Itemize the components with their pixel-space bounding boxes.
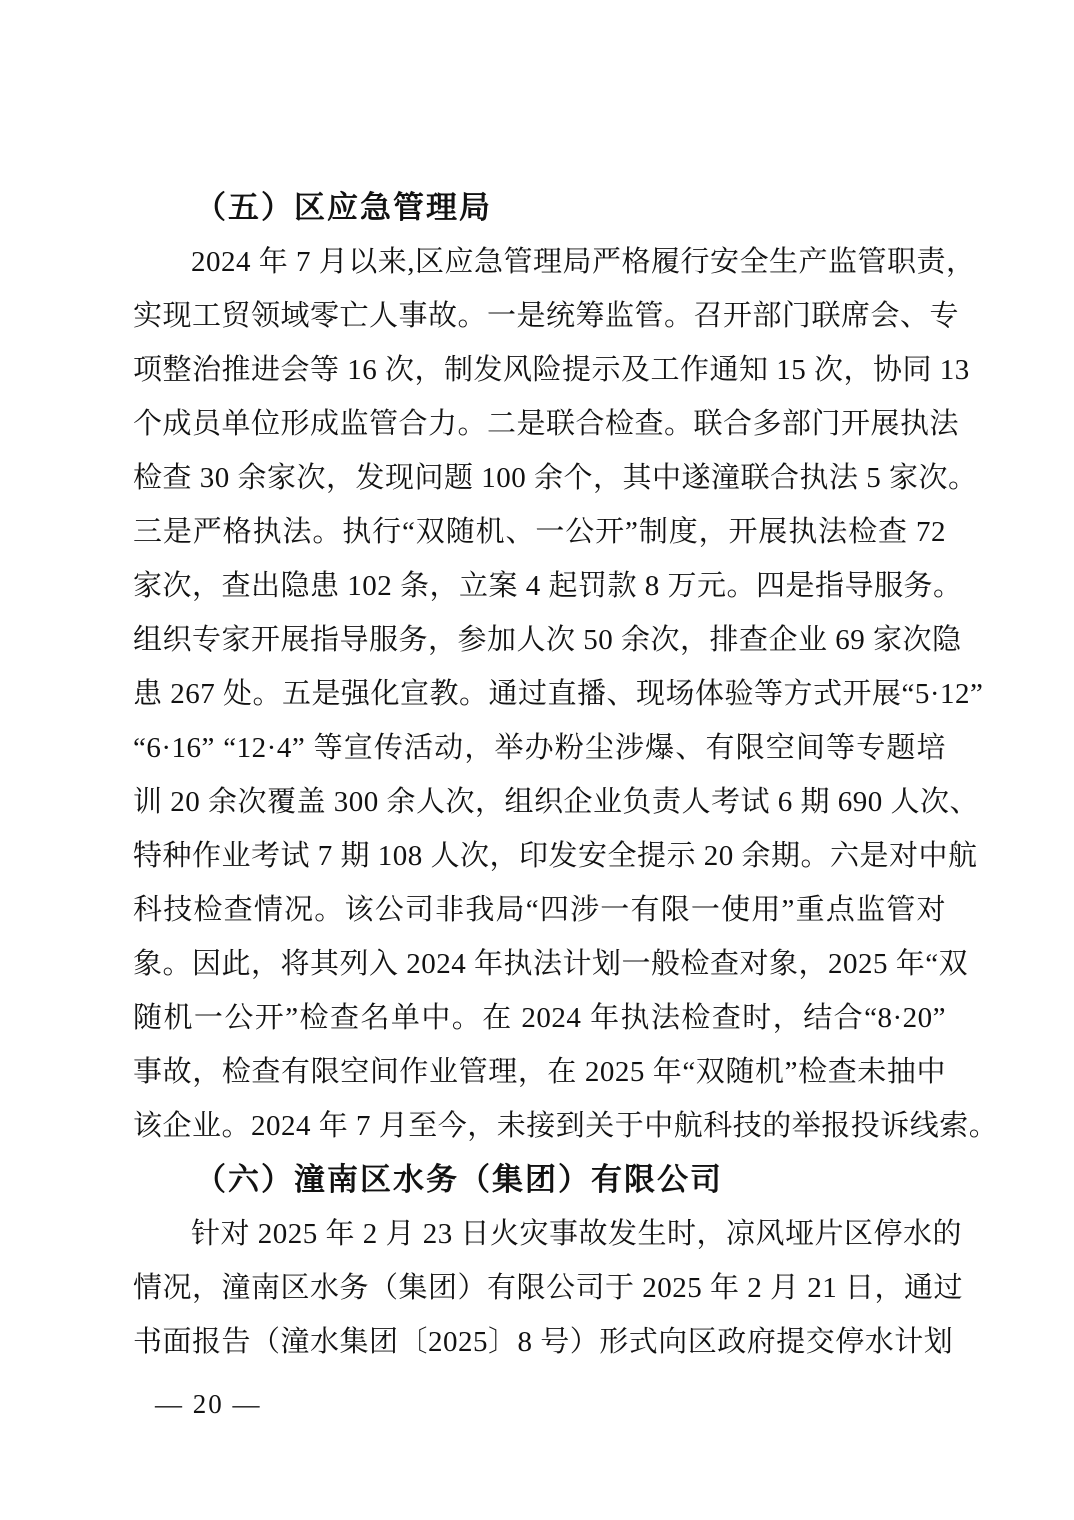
- text-line: 书面报告（潼水集团〔2025〕8 号）形式向区政府提交停水计划: [133, 1315, 946, 1369]
- text-line: 情况，潼南区水务（集团）有限公司于 2025 年 2 月 21 日，通过: [133, 1261, 946, 1315]
- text-line: 事故，检查有限空间作业管理，在 2025 年“双随机”检查未抽中: [133, 1045, 946, 1099]
- text-line: 家次，查出隐患 102 条，立案 4 起罚款 8 万元。四是指导服务。: [133, 559, 946, 613]
- text-line: 三是严格执法。执行“双随机、一公开”制度，开展执法检查 72: [133, 505, 946, 559]
- text-line: 患 267 处。五是强化宣教。通过直播、现场体验等方式开展“5·12”: [133, 667, 946, 721]
- section-heading: （六）潼南区水务（集团）有限公司: [133, 1153, 946, 1207]
- text-line: 随机一公开”检查名单中。在 2024 年执法检查时，结合“8·20”: [133, 991, 946, 1045]
- text-line: 个成员单位形成监管合力。二是联合检查。联合多部门开展执法: [133, 397, 946, 451]
- text-line: 实现工贸领域零亡人事故。一是统筹监管。召开部门联席会、专: [133, 289, 946, 343]
- text-line: 针对 2025 年 2 月 23 日火灾事故发生时，凉风垭片区停水的: [133, 1207, 946, 1261]
- text-line: 组织专家开展指导服务，参加人次 50 余次，排查企业 69 家次隐: [133, 613, 946, 667]
- text-line: 训 20 余次覆盖 300 余人次，组织企业负责人考试 6 期 690 人次、: [133, 775, 946, 829]
- document-body: （五）区应急管理局2024 年 7 月以来,区应急管理局严格履行安全生产监管职责…: [133, 181, 946, 1369]
- text-line: 特种作业考试 7 期 108 人次，印发安全提示 20 余期。六是对中航: [133, 829, 946, 883]
- text-line: 检查 30 余家次，发现问题 100 余个，其中遂潼联合执法 5 家次。: [133, 451, 946, 505]
- text-line: “6·16” “12·4” 等宣传活动，举办粉尘涉爆、有限空间等专题培: [133, 721, 946, 775]
- text-line: 项整治推进会等 16 次，制发风险提示及工作通知 15 次，协同 13: [133, 343, 946, 397]
- text-line: 2024 年 7 月以来,区应急管理局严格履行安全生产监管职责，: [133, 235, 946, 289]
- text-line: 该企业。2024 年 7 月至今，未接到关于中航科技的举报投诉线索。: [133, 1099, 946, 1153]
- document-page: （五）区应急管理局2024 年 7 月以来,区应急管理局严格履行安全生产监管职责…: [0, 0, 1074, 1520]
- page-number: — 20 —: [155, 1389, 262, 1420]
- text-line: 科技检查情况。该公司非我局“四涉一有限一使用”重点监管对: [133, 883, 946, 937]
- section-heading: （五）区应急管理局: [133, 181, 946, 235]
- text-line: 象。因此，将其列入 2024 年执法计划一般检查对象，2025 年“双: [133, 937, 946, 991]
